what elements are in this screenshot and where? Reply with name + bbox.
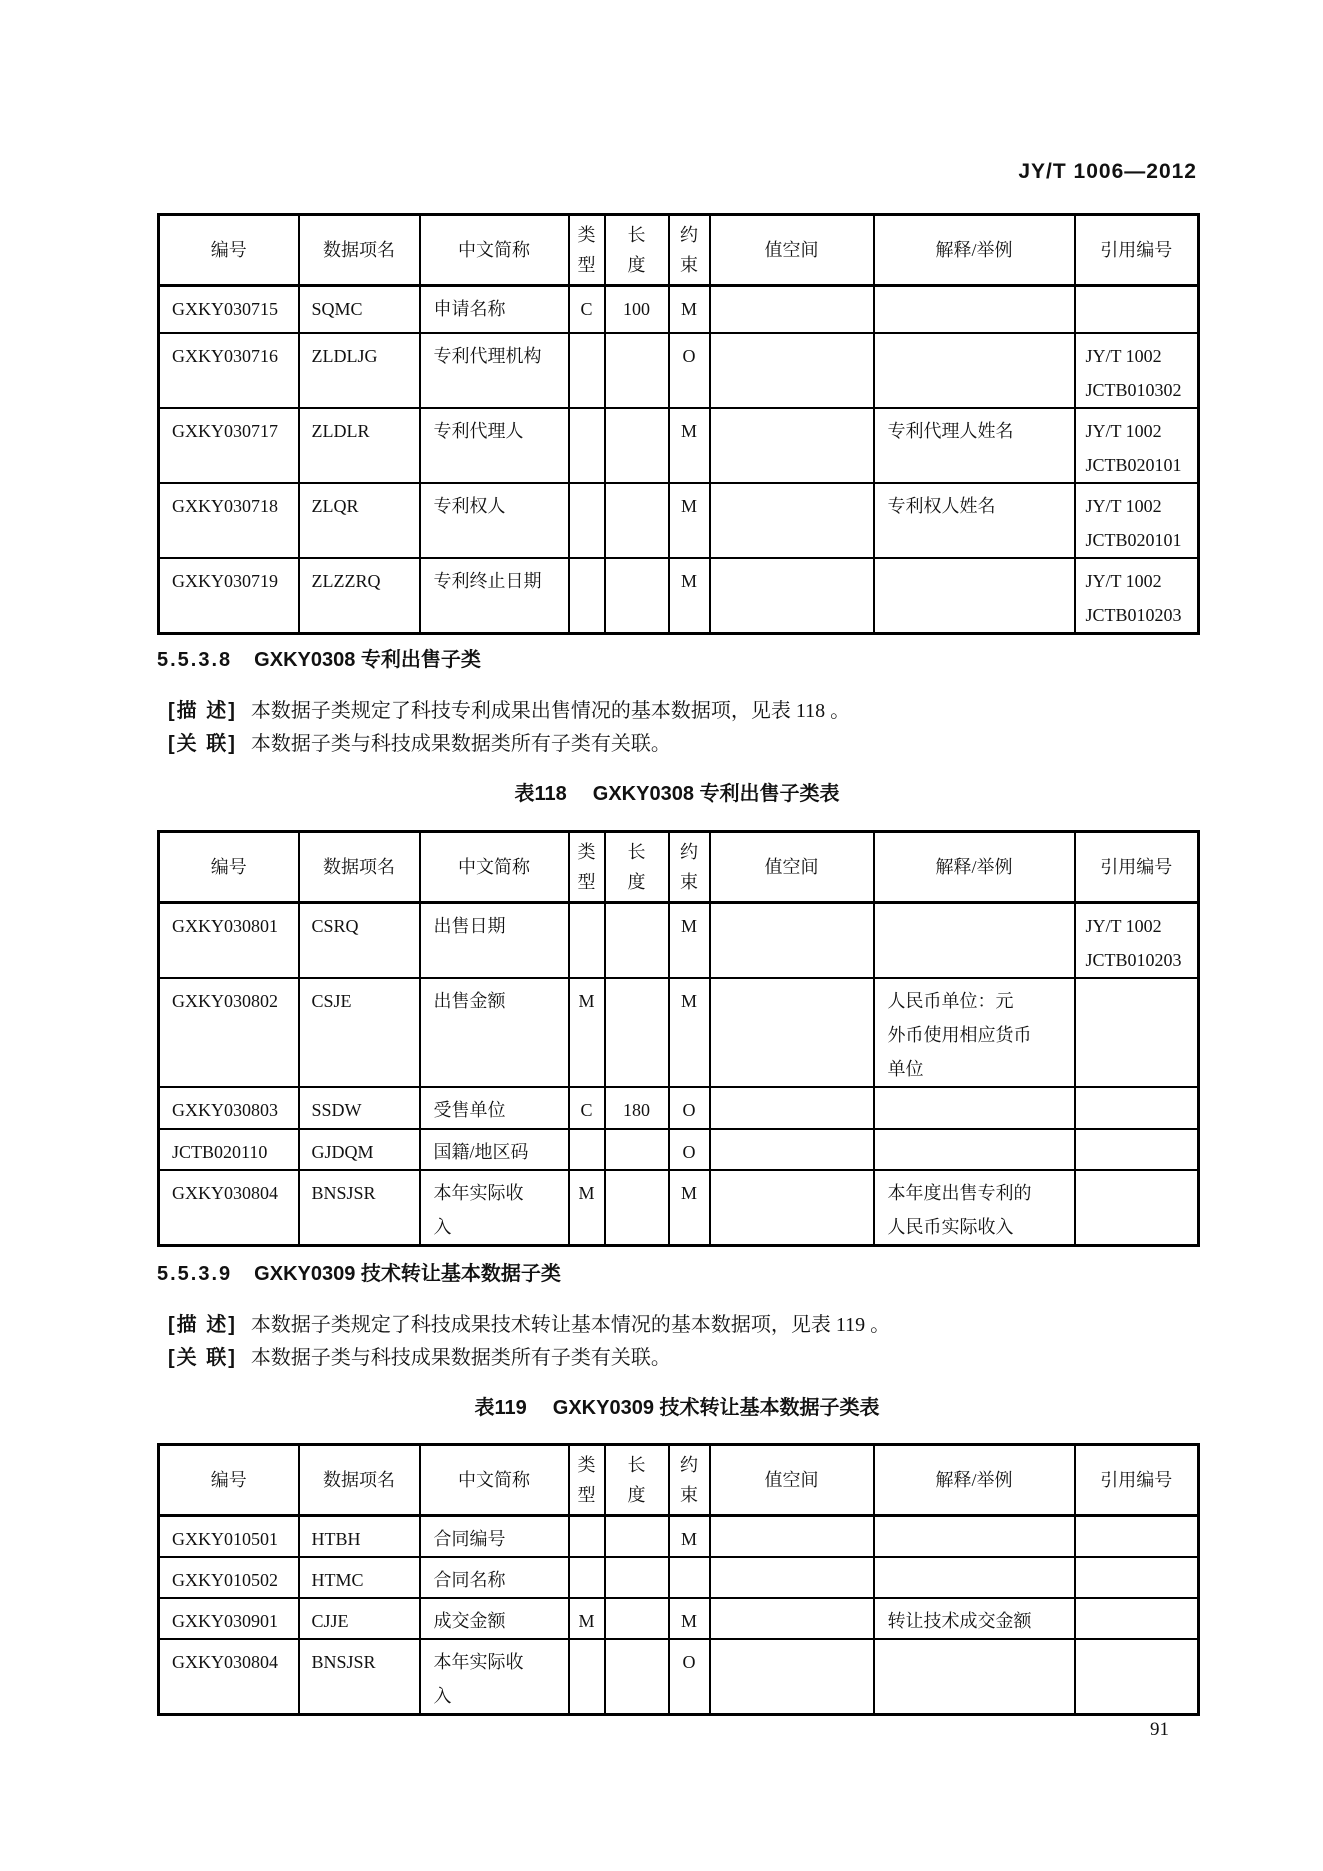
table-caption-title: GXKY0308 专利出售子类表 xyxy=(593,783,840,805)
table-cell xyxy=(1075,1557,1199,1598)
table-cell xyxy=(710,286,874,333)
column-header: 中文简称 xyxy=(420,215,569,286)
relation-line: [关 联]本数据子类与科技成果数据类所有子类有关联。 xyxy=(168,1341,671,1370)
column-header: 中文简称 xyxy=(420,832,569,903)
table-cell: GXKY030715 xyxy=(159,286,299,333)
column-header: 解释/举例 xyxy=(874,1445,1075,1516)
table-body: GXKY010501HTBH合同编号MGXKY010502HTMC合同名称GXK… xyxy=(159,1516,1199,1715)
table-cell: 转让技术成交金额 xyxy=(874,1598,1075,1639)
table-row: GXKY030804BNSJSR本年实际收 入O xyxy=(159,1639,1199,1715)
table-cell: CSRQ xyxy=(299,903,420,979)
description-line: [描 述]本数据子类规定了科技成果技术转让基本情况的基本数据项，见表 119 。 xyxy=(168,1308,890,1337)
table-cell xyxy=(874,1639,1075,1715)
table-cell: 本年度出售专利的 人民币实际收入 xyxy=(874,1170,1075,1246)
column-header: 引用编号 xyxy=(1075,1445,1199,1516)
table-caption-number: 表118 xyxy=(515,783,567,805)
table-row: GXKY030901CJJE成交金额MM转让技术成交金额 xyxy=(159,1598,1199,1639)
table-cell: SQMC xyxy=(299,286,420,333)
table-cell xyxy=(710,333,874,408)
table-cell xyxy=(710,1170,874,1246)
column-header: 数据项名 xyxy=(299,832,420,903)
table-cell: 人民币单位：元 外币使用相应货币 单位 xyxy=(874,978,1075,1087)
data-items-table-continued: 编号数据项名中文简称类 型长 度约 束值空间解释/举例引用编号 GXKY0307… xyxy=(157,213,1200,635)
table-cell: 专利权人 xyxy=(420,483,569,558)
table-cell: SSDW xyxy=(299,1087,420,1129)
table-cell xyxy=(710,903,874,979)
column-header: 长 度 xyxy=(605,832,669,903)
table-cell: 专利代理人姓名 xyxy=(874,408,1075,483)
table-cell: 受售单位 xyxy=(420,1087,569,1129)
table-cell: JY/T 1002 JCTB010302 xyxy=(1075,333,1199,408)
table-cell xyxy=(605,1598,669,1639)
table-cell xyxy=(1075,1087,1199,1129)
table-cell: GXKY010502 xyxy=(159,1557,299,1598)
column-header: 编号 xyxy=(159,1445,299,1516)
column-header: 引用编号 xyxy=(1075,215,1199,286)
table-cell xyxy=(874,1557,1075,1598)
document-page: JY/T 1006—2012 编号数据项名中文简称类 型长 度约 束值空间解释/… xyxy=(0,0,1323,1871)
table-cell: BNSJSR xyxy=(299,1170,420,1246)
column-header: 长 度 xyxy=(605,1445,669,1516)
table-cell: ZLDLR xyxy=(299,408,420,483)
column-header: 约 束 xyxy=(669,215,710,286)
table-cell: 100 xyxy=(605,286,669,333)
data-items-table-118: 编号数据项名中文简称类 型长 度约 束值空间解释/举例引用编号 GXKY0308… xyxy=(157,830,1200,1247)
table-cell xyxy=(669,1557,710,1598)
table-cell: 专利代理机构 xyxy=(420,333,569,408)
column-header: 值空间 xyxy=(710,215,874,286)
table-cell xyxy=(569,408,605,483)
section-title: GXKY0309 技术转让基本数据子类 xyxy=(254,1263,561,1285)
table-cell: GXKY030717 xyxy=(159,408,299,483)
table-cell: M xyxy=(669,286,710,333)
table-cell: 本年实际收 入 xyxy=(420,1170,569,1246)
table-header: 编号数据项名中文简称类 型长 度约 束值空间解释/举例引用编号 xyxy=(159,215,1199,286)
section-heading-5-5-3-9: 5.5.3.9GXKY0309 技术转让基本数据子类 xyxy=(157,1257,561,1286)
table-cell: GXKY010501 xyxy=(159,1516,299,1558)
column-header: 编号 xyxy=(159,832,299,903)
table-cell xyxy=(710,978,874,1087)
table-body: GXKY030801CSRQ出售日期MJY/T 1002 JCTB010203G… xyxy=(159,903,1199,1246)
table-cell xyxy=(710,1516,874,1558)
table-cell: JCTB020110 xyxy=(159,1129,299,1170)
table-cell: M xyxy=(669,1598,710,1639)
table-row: GXKY010502HTMC合同名称 xyxy=(159,1557,1199,1598)
table-cell: GXKY030801 xyxy=(159,903,299,979)
table-cell xyxy=(710,1087,874,1129)
table-header: 编号数据项名中文简称类 型长 度约 束值空间解释/举例引用编号 xyxy=(159,832,1199,903)
table-header-row: 编号数据项名中文简称类 型长 度约 束值空间解释/举例引用编号 xyxy=(159,215,1199,286)
table-cell xyxy=(605,1170,669,1246)
table-cell xyxy=(710,558,874,634)
table-cell: HTBH xyxy=(299,1516,420,1558)
table-cell xyxy=(710,1639,874,1715)
table-cell: ZLZZRQ xyxy=(299,558,420,634)
table-row: JCTB020110GJDQM国籍/地区码O xyxy=(159,1129,1199,1170)
table-cell: GXKY030802 xyxy=(159,978,299,1087)
table-cell xyxy=(710,1557,874,1598)
description-text: 本数据子类规定了科技专利成果出售情况的基本数据项，见表 118 。 xyxy=(251,700,850,722)
table-cell xyxy=(605,978,669,1087)
page-number: 91 xyxy=(1150,1719,1169,1741)
table-cell xyxy=(874,333,1075,408)
relation-text: 本数据子类与科技成果数据类所有子类有关联。 xyxy=(251,733,671,755)
relation-line: [关 联]本数据子类与科技成果数据类所有子类有关联。 xyxy=(168,727,671,756)
table-cell xyxy=(569,483,605,558)
table-cell: GXKY030804 xyxy=(159,1170,299,1246)
table-cell xyxy=(710,408,874,483)
table-cell: O xyxy=(669,333,710,408)
table-cell xyxy=(1075,1516,1199,1558)
section-number: 5.5.3.8 xyxy=(157,649,232,671)
section-number: 5.5.3.9 xyxy=(157,1263,232,1285)
table-cell: 申请名称 xyxy=(420,286,569,333)
table-cell: CJJE xyxy=(299,1598,420,1639)
table-row: GXKY030719ZLZZRQ专利终止日期MJY/T 1002 JCTB010… xyxy=(159,558,1199,634)
table-cell xyxy=(569,1639,605,1715)
table-cell xyxy=(605,1557,669,1598)
table-cell: GXKY030719 xyxy=(159,558,299,634)
description-label: [描 述] xyxy=(168,700,237,722)
table-cell: JY/T 1002 JCTB020101 xyxy=(1075,483,1199,558)
relation-label: [关 联] xyxy=(168,733,237,755)
table-caption-number: 表119 xyxy=(475,1397,527,1419)
column-header: 约 束 xyxy=(669,1445,710,1516)
table-cell xyxy=(605,483,669,558)
table-cell xyxy=(605,408,669,483)
table-cell: GXKY030804 xyxy=(159,1639,299,1715)
table-cell: 国籍/地区码 xyxy=(420,1129,569,1170)
table-row: GXKY030717ZLDLR专利代理人M专利代理人姓名JY/T 1002 JC… xyxy=(159,408,1199,483)
table-row: GXKY030802CSJE出售金额MM人民币单位：元 外币使用相应货币 单位 xyxy=(159,978,1199,1087)
table-cell: M xyxy=(669,408,710,483)
table-cell: M xyxy=(669,903,710,979)
table-caption-118: 表118GXKY0308 专利出售子类表 xyxy=(157,777,1197,806)
column-header: 解释/举例 xyxy=(874,832,1075,903)
column-header: 值空间 xyxy=(710,1445,874,1516)
section-heading-5-5-3-8: 5.5.3.8GXKY0308 专利出售子类 xyxy=(157,643,481,672)
column-header: 类 型 xyxy=(569,832,605,903)
table-cell xyxy=(710,483,874,558)
table-cell xyxy=(874,286,1075,333)
table-cell: 出售日期 xyxy=(420,903,569,979)
table-cell xyxy=(1075,1639,1199,1715)
table-cell xyxy=(569,1129,605,1170)
table-cell: 合同编号 xyxy=(420,1516,569,1558)
table-cell: 专利代理人 xyxy=(420,408,569,483)
table-cell: JY/T 1002 JCTB010203 xyxy=(1075,903,1199,979)
relation-text: 本数据子类与科技成果数据类所有子类有关联。 xyxy=(251,1347,671,1369)
table-cell xyxy=(874,1516,1075,1558)
table-cell: 本年实际收 入 xyxy=(420,1639,569,1715)
column-header: 中文简称 xyxy=(420,1445,569,1516)
table-header: 编号数据项名中文简称类 型长 度约 束值空间解释/举例引用编号 xyxy=(159,1445,1199,1516)
table-cell: M xyxy=(569,978,605,1087)
table-row: GXKY010501HTBH合同编号M xyxy=(159,1516,1199,1558)
table-cell: C xyxy=(569,1087,605,1129)
description-line: [描 述]本数据子类规定了科技专利成果出售情况的基本数据项，见表 118 。 xyxy=(168,694,850,723)
table-caption-title: GXKY0309 技术转让基本数据子类表 xyxy=(553,1397,880,1419)
table-header-row: 编号数据项名中文简称类 型长 度约 束值空间解释/举例引用编号 xyxy=(159,1445,1199,1516)
table-cell xyxy=(605,1129,669,1170)
table-cell xyxy=(874,1129,1075,1170)
table-cell xyxy=(710,1129,874,1170)
table-cell: 专利权人姓名 xyxy=(874,483,1075,558)
relation-label: [关 联] xyxy=(168,1347,237,1369)
column-header: 类 型 xyxy=(569,1445,605,1516)
table-cell: O xyxy=(669,1639,710,1715)
table-cell xyxy=(1075,1598,1199,1639)
column-header: 长 度 xyxy=(605,215,669,286)
column-header: 数据项名 xyxy=(299,1445,420,1516)
table-cell: JY/T 1002 JCTB020101 xyxy=(1075,408,1199,483)
table-cell: 合同名称 xyxy=(420,1557,569,1598)
table-cell xyxy=(569,1516,605,1558)
table-cell: 180 xyxy=(605,1087,669,1129)
data-items-table-119: 编号数据项名中文简称类 型长 度约 束值空间解释/举例引用编号 GXKY0105… xyxy=(157,1443,1200,1716)
table-cell: JY/T 1002 JCTB010203 xyxy=(1075,558,1199,634)
table-cell: GXKY030803 xyxy=(159,1087,299,1129)
table-cell xyxy=(1075,1129,1199,1170)
table-cell xyxy=(569,558,605,634)
table-cell: ZLDLJG xyxy=(299,333,420,408)
table-cell xyxy=(1075,286,1199,333)
table-cell xyxy=(710,1598,874,1639)
table-cell: ZLQR xyxy=(299,483,420,558)
column-header: 类 型 xyxy=(569,215,605,286)
table-cell xyxy=(874,1087,1075,1129)
table-cell xyxy=(605,333,669,408)
table-cell: 成交金额 xyxy=(420,1598,569,1639)
table-cell: M xyxy=(669,1170,710,1246)
column-header: 值空间 xyxy=(710,832,874,903)
table-cell xyxy=(569,903,605,979)
table-header-row: 编号数据项名中文简称类 型长 度约 束值空间解释/举例引用编号 xyxy=(159,832,1199,903)
table-row: GXKY030715SQMC申请名称C100M xyxy=(159,286,1199,333)
table-cell: BNSJSR xyxy=(299,1639,420,1715)
table-cell xyxy=(1075,978,1199,1087)
table-cell: M xyxy=(669,558,710,634)
standard-number-header: JY/T 1006—2012 xyxy=(157,160,1197,184)
description-label: [描 述] xyxy=(168,1314,237,1336)
table-cell xyxy=(605,558,669,634)
column-header: 解释/举例 xyxy=(874,215,1075,286)
table-cell: M xyxy=(569,1598,605,1639)
table-cell xyxy=(874,558,1075,634)
table-cell: GXKY030718 xyxy=(159,483,299,558)
table-cell xyxy=(605,1516,669,1558)
table-cell: CSJE xyxy=(299,978,420,1087)
table-caption-119: 表119GXKY0309 技术转让基本数据子类表 xyxy=(157,1391,1197,1420)
table-cell xyxy=(874,903,1075,979)
table-cell xyxy=(569,1557,605,1598)
table-cell: M xyxy=(669,1516,710,1558)
column-header: 约 束 xyxy=(669,832,710,903)
table-cell: 出售金额 xyxy=(420,978,569,1087)
table-row: GXKY030718ZLQR专利权人M专利权人姓名JY/T 1002 JCTB0… xyxy=(159,483,1199,558)
table-cell xyxy=(1075,1170,1199,1246)
column-header: 引用编号 xyxy=(1075,832,1199,903)
table-cell: GXKY030901 xyxy=(159,1598,299,1639)
table-cell: GJDQM xyxy=(299,1129,420,1170)
table-cell: M xyxy=(569,1170,605,1246)
table-cell: O xyxy=(669,1087,710,1129)
table-cell: M xyxy=(669,483,710,558)
table-cell xyxy=(569,333,605,408)
table-cell: 专利终止日期 xyxy=(420,558,569,634)
description-text: 本数据子类规定了科技成果技术转让基本情况的基本数据项，见表 119 。 xyxy=(251,1314,890,1336)
column-header: 编号 xyxy=(159,215,299,286)
table-cell: O xyxy=(669,1129,710,1170)
column-header: 数据项名 xyxy=(299,215,420,286)
table-cell: C xyxy=(569,286,605,333)
table-cell: HTMC xyxy=(299,1557,420,1598)
table-body: GXKY030715SQMC申请名称C100MGXKY030716ZLDLJG专… xyxy=(159,286,1199,634)
section-title: GXKY0308 专利出售子类 xyxy=(254,649,481,671)
table-row: GXKY030801CSRQ出售日期MJY/T 1002 JCTB010203 xyxy=(159,903,1199,979)
table-row: GXKY030803SSDW受售单位C180O xyxy=(159,1087,1199,1129)
table-row: GXKY030716ZLDLJG专利代理机构OJY/T 1002 JCTB010… xyxy=(159,333,1199,408)
table-cell: GXKY030716 xyxy=(159,333,299,408)
table-row: GXKY030804BNSJSR本年实际收 入MM本年度出售专利的 人民币实际收… xyxy=(159,1170,1199,1246)
table-cell xyxy=(605,1639,669,1715)
table-cell: M xyxy=(669,978,710,1087)
table-cell xyxy=(605,903,669,979)
